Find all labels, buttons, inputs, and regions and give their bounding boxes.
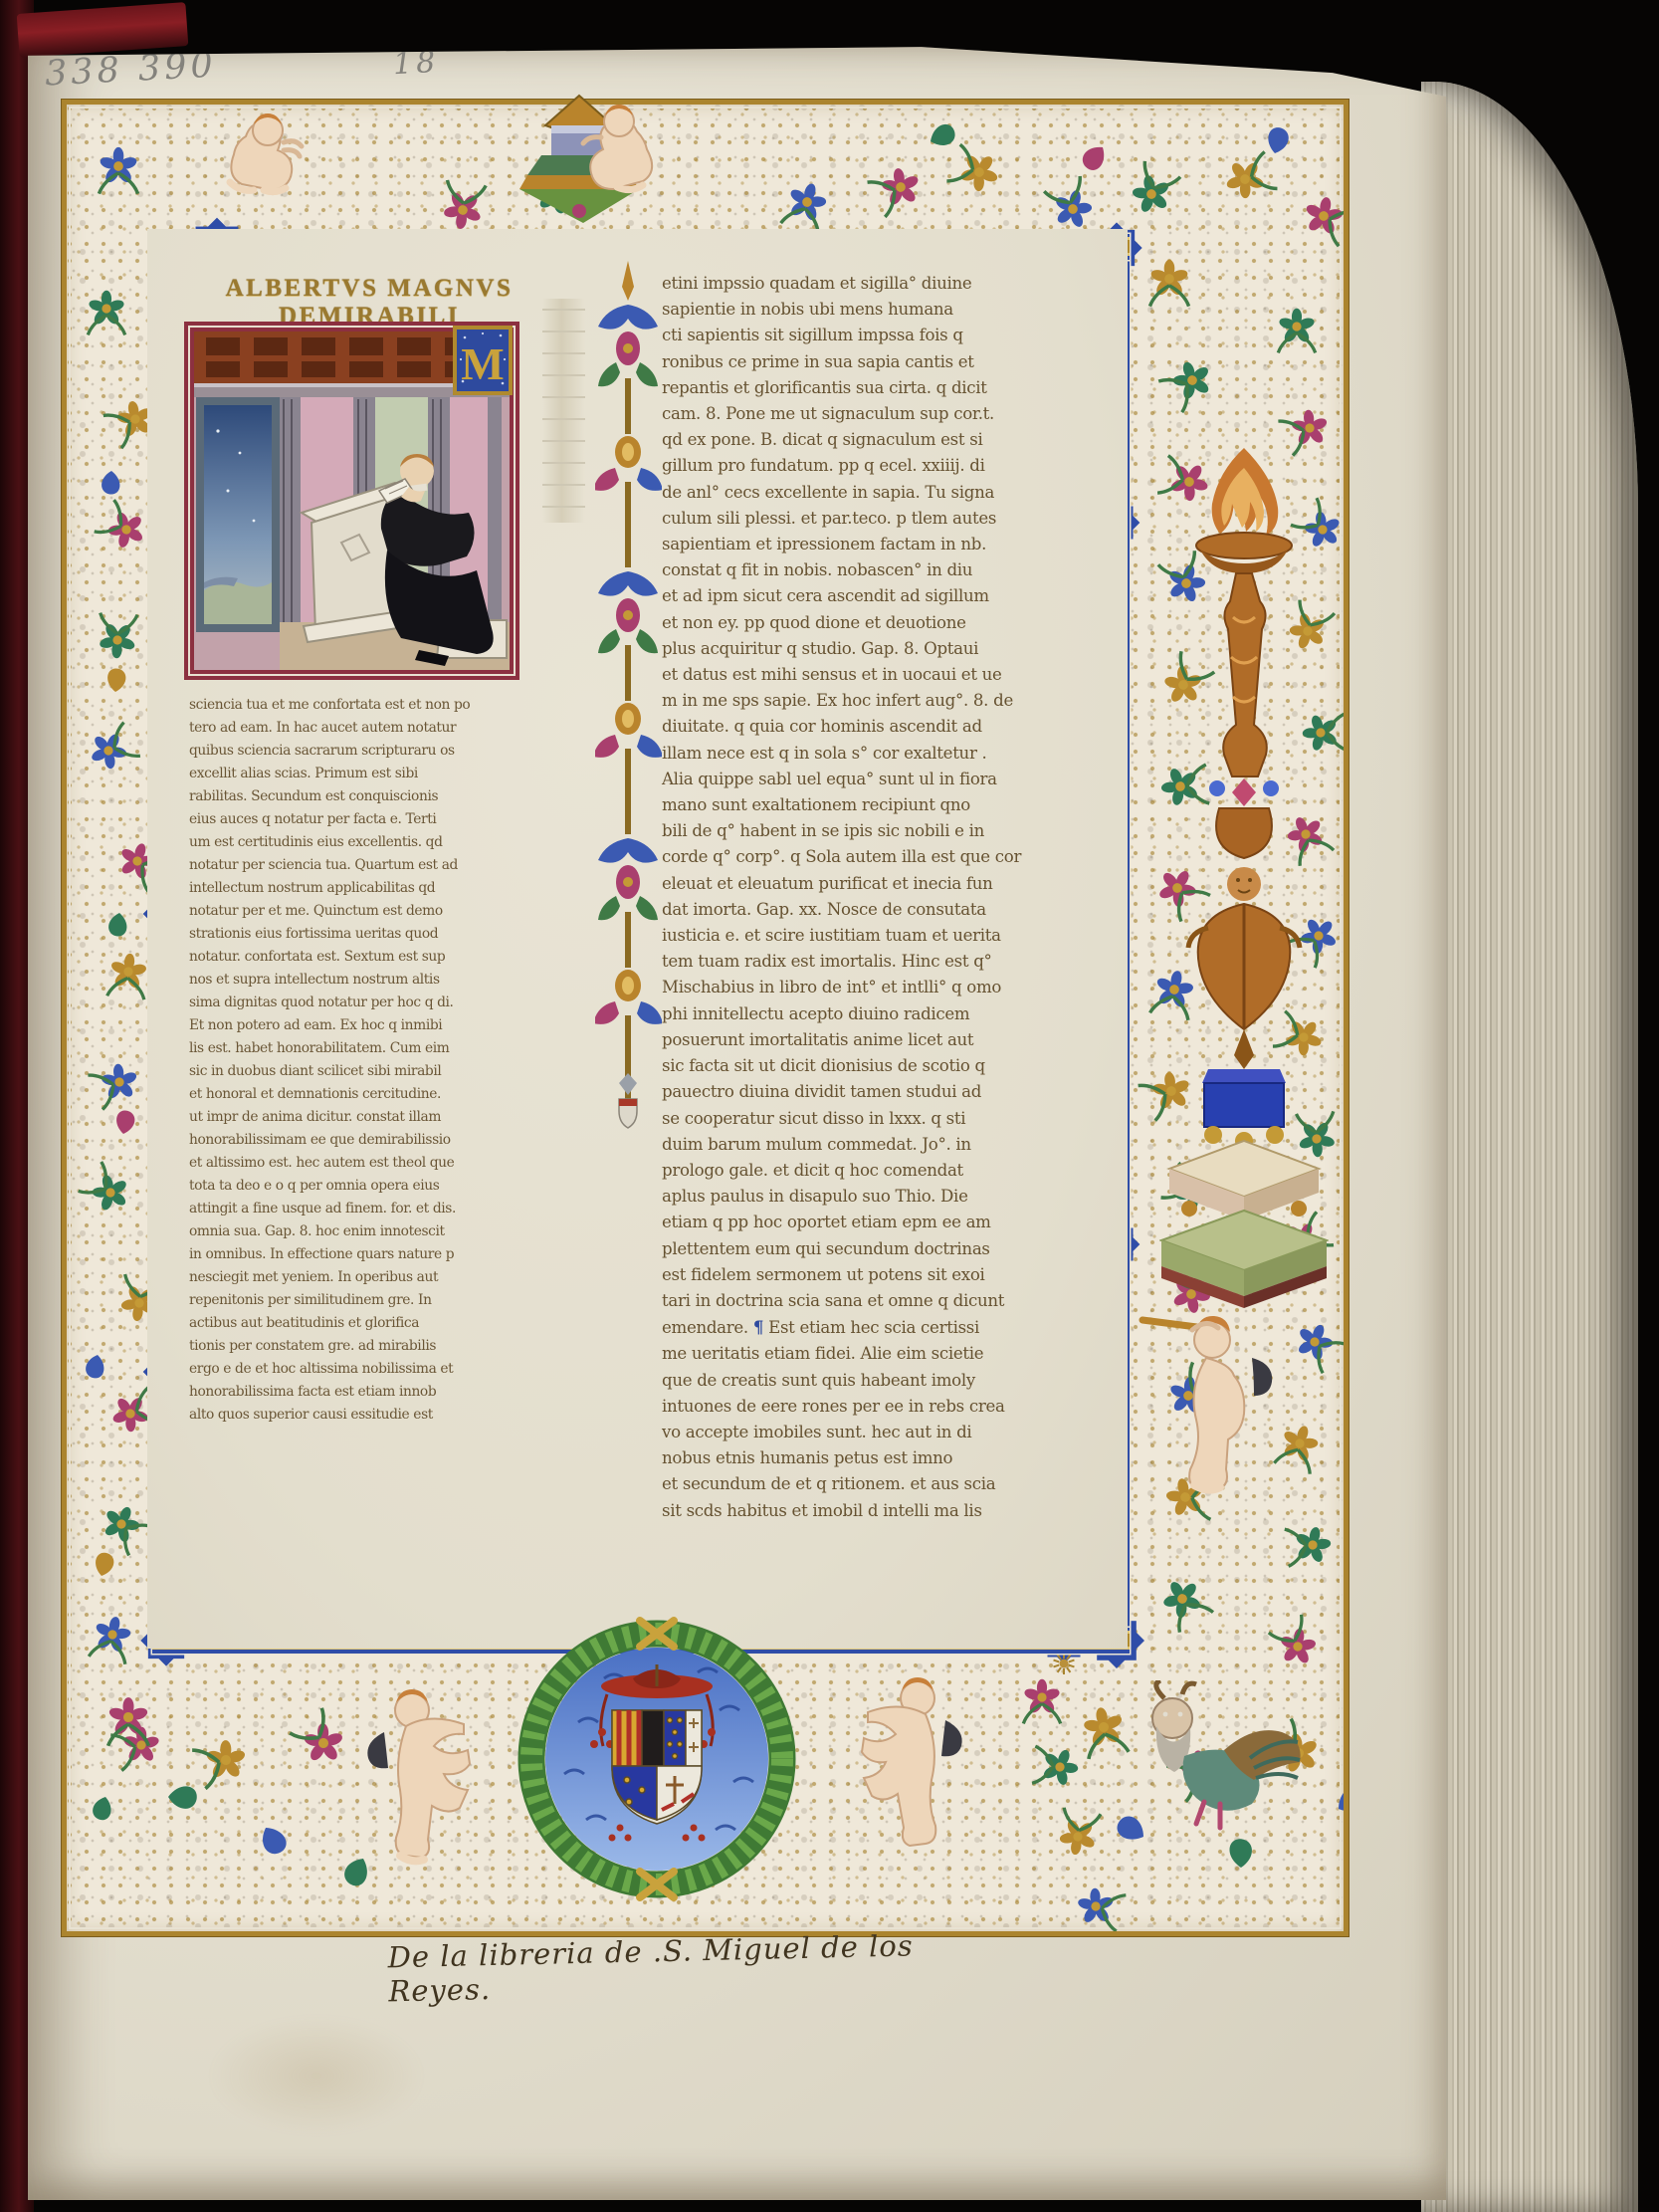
leaf-scroll-ornament <box>102 471 120 495</box>
flower-ornament <box>1289 1316 1344 1374</box>
flower-ornament <box>96 1498 154 1556</box>
manuscript-text-line: qd ex pone. B. dicat q signaculum est si <box>662 427 1100 453</box>
leaf-scroll-ornament <box>107 912 127 937</box>
manuscript-text-line: bili de q° habent in se ipis sic nobili … <box>662 818 1100 844</box>
book-photo: 338 390 18 7 ALBERTVS MAGNVS DEMIRABILI … <box>0 0 1659 2212</box>
leaf-scroll-ornament <box>106 668 126 692</box>
manuscript-text-line: gillum pro fundatum. pp q ecel. xxiiij. … <box>662 453 1100 479</box>
manuscript-text-line: um est certitudinis eius excellentis. qd <box>189 831 460 854</box>
putto-wreath-right <box>846 1670 965 1855</box>
manuscript-text-line: cam. 8. Pone me ut signaculum sup cor.t. <box>662 401 1100 427</box>
manuscript-text-line: se cooperatur sicut disso in lxxx. q sti <box>662 1106 1100 1132</box>
manuscript-text-line: etini impssio quadam et sigilla° diuine <box>662 271 1100 297</box>
flower-ornament <box>110 1722 164 1771</box>
flower-ornament <box>290 1708 352 1772</box>
manuscript-text-line: sapientiam et ipressionem factam in nb. <box>662 532 1100 557</box>
manuscript-text-line: nos et supra intellectum nostrum altis <box>189 969 460 992</box>
leaf-scroll-ornament <box>1079 141 1111 174</box>
ex-libris-inscription: De la libreria de .S. Miguel de los Reye… <box>387 1928 945 2009</box>
manuscript-text-line: aplus paulus in disapulo suo Thio. Die <box>662 1184 1100 1210</box>
manuscript-text-line: omnia sua. Gap. 8. hoc enim innotescit <box>189 1220 460 1243</box>
leaf-scroll-ornament <box>1229 1839 1253 1869</box>
parchment-stain <box>207 2016 426 2135</box>
flower-ornament <box>1278 309 1316 353</box>
text-column-right: etini impssio quadam et sigilla° diuines… <box>662 271 1100 1524</box>
leaf-scroll-ornament <box>256 1822 290 1858</box>
flower-ornament <box>106 952 148 999</box>
manuscript-text-line: sit scds habitus et imobil d intelli ma … <box>662 1498 1100 1524</box>
faded-filigree-ornament <box>542 299 585 523</box>
flower-ornament <box>1032 1746 1080 1788</box>
manuscript-text-line: sapientie in nobis ubi mens humana <box>662 297 1100 323</box>
manuscript-text-line: tem tuam radix est imortalis. Hinc est q… <box>662 949 1100 975</box>
leaf-scroll-ornament <box>168 1786 197 1808</box>
manuscript-text-line: repenitonis per similitudinem gre. In <box>189 1289 460 1312</box>
manuscript-text-line: sic facta sit ut dicit dionisius de scot… <box>662 1053 1100 1079</box>
leaf-scroll-ornament <box>1266 125 1291 155</box>
manuscript-text-line: et honoral et demnationis cercitudine. <box>189 1083 460 1106</box>
manuscript-text-line: dat imorta. Gap. xx. Nosce de consutata <box>662 897 1100 923</box>
manuscript-text-line: pauectro diuina dividit tamen studui ad <box>662 1079 1100 1105</box>
manuscript-text-line: notatur per sciencia tua. Quartum est ad <box>189 854 460 877</box>
flower-ornament <box>1149 260 1189 307</box>
flower-ornament <box>79 1162 137 1218</box>
laurel-wreath-medallion <box>513 1615 801 1903</box>
sunburst-ornament <box>1054 1653 1075 1674</box>
manuscript-text-line: rabilitas. Secundum est conquiscionis <box>189 785 460 808</box>
manuscript-text-line: plettentem eum qui secundum doctrinas <box>662 1236 1100 1262</box>
manuscript-text-line: de anl° cecs excellente in sapia. Tu sig… <box>662 480 1100 506</box>
manuscript-text-line: prologo gale. et dicit q hoc comendat <box>662 1158 1100 1184</box>
manuscript-text-line: nobus etnis humanis petus est imno <box>662 1445 1100 1471</box>
manuscript-text-line: honorabilissimam ee que demirabilissio <box>189 1129 460 1152</box>
leaf-scroll-ornament <box>114 1110 135 1136</box>
manuscript-text-line: emendare. ¶ Est etiam hec scia certissi <box>662 1314 1100 1341</box>
manuscript-text-line: et non ey. pp quod dione et deuotione <box>662 610 1100 636</box>
flower-ornament <box>107 1697 148 1746</box>
putto-wreath-left <box>366 1680 486 1875</box>
flower-ornament <box>1056 1808 1101 1859</box>
manuscript-text-line: quibus sciencia sacrarum scripturaru os <box>189 740 460 763</box>
flower-ornament <box>1073 1883 1126 1931</box>
svg-text:M: M <box>461 338 504 389</box>
flower-ornament <box>89 1613 134 1664</box>
manuscript-text-line: ronibus ce prime in sua sapia cantis et <box>662 349 1100 375</box>
flower-ornament <box>1126 161 1180 220</box>
flower-ornament <box>441 180 487 232</box>
leaf-scroll-ornament <box>1333 1784 1344 1819</box>
flower-ornament <box>867 161 927 217</box>
putto-top-left <box>204 105 313 199</box>
manuscript-text-line: culum sili plessi. et par.teco. p tlem a… <box>662 506 1100 532</box>
leaf-scroll-ornament <box>91 1795 113 1822</box>
book-binding-top <box>17 2 189 58</box>
manuscript-text-line: plus acquiritur q studio. Gap. 8. Optaui <box>662 636 1100 662</box>
flower-ornament <box>946 144 1003 197</box>
grotesque-bird-figure <box>1105 1680 1324 1840</box>
page-edges-stack <box>1421 82 1638 2212</box>
manuscript-text-line: etiam q pp hoc oportet etiam epm ee am <box>662 1210 1100 1235</box>
manuscript-text-line: tota ta deo e o q per omnia opera eius <box>189 1175 460 1198</box>
initial-M-panel: M <box>453 326 513 395</box>
flower-ornament <box>780 178 831 234</box>
manuscript-text-line: Et non potero ad eam. Ex hoc q inmibi <box>189 1014 460 1037</box>
flower-ornament <box>1285 1524 1333 1566</box>
manuscript-text-line: eleuat et eleuatum purificat et inecia f… <box>662 871 1100 897</box>
manuscript-text-line: nesciegit met yeniem. In operibus aut <box>189 1266 460 1289</box>
pilcrow-mark: ¶ <box>753 1317 763 1337</box>
text-block: ALBERTVS MAGNVS DEMIRABILI SCIA DEI · <box>147 229 1128 1649</box>
manuscript-text-line: et datus est mihi sensus et in uocaui et… <box>662 662 1100 688</box>
flower-ornament <box>95 500 152 555</box>
manuscript-text-line: sic in duobus diant scilicet sibi mirabi… <box>189 1060 460 1083</box>
manuscript-text-line: intellectum nostrum applicabilitas qd <box>189 877 460 900</box>
column-divider-ornament <box>595 261 662 1135</box>
leaf-scroll-ornament <box>94 1551 115 1578</box>
text-column-left: sciencia tua et me confortata est et non… <box>189 694 460 1427</box>
manuscript-text-line: Alia quippe sabl uel equa° sunt ul in fi… <box>662 767 1100 792</box>
manuscript-text-line: notatur. confortata est. Sextum est sup <box>189 946 460 969</box>
flower-ornament <box>1269 1615 1324 1671</box>
manuscript-text-line: attingit a fine usque ad finem. for. et … <box>189 1198 460 1220</box>
manuscript-text-line: me ueritatis etiam fidei. Alie eim sciet… <box>662 1341 1100 1367</box>
manuscript-text-line: tionis per constatem gre. ad mirabilis <box>189 1335 460 1358</box>
manuscript-text-line: m in me sps sapie. Ex hoc infert aug°. 8… <box>662 688 1100 714</box>
flower-ornament <box>84 722 140 775</box>
flower-ornament <box>1298 190 1344 247</box>
pencil-folio-number: 18 <box>392 45 440 82</box>
manuscript-text-line: corde q° corp°. q Sola autem illa est qu… <box>662 844 1100 870</box>
flower-ornament <box>1023 1679 1061 1724</box>
flower-ornament <box>1044 176 1099 234</box>
manuscript-page: 338 390 18 7 ALBERTVS MAGNVS DEMIRABILI … <box>28 45 1446 2200</box>
putto-top-right <box>577 98 682 197</box>
leaf-scroll-ornament <box>927 121 959 151</box>
manuscript-text-line: tero ad eam. In hac aucet autem notatur <box>189 717 460 740</box>
manuscript-text-line: phi innitellectu acepto diuino radicem <box>662 1001 1100 1027</box>
flower-ornament <box>1221 151 1278 204</box>
manuscript-text-line: que de creatis sunt quis habeant imoly <box>662 1368 1100 1394</box>
manuscript-text-line: est fidelem sermonem ut potens sit exoi <box>662 1262 1100 1288</box>
manuscript-text-line: iusticia e. et scire iustitiam tuam et u… <box>662 923 1100 949</box>
manuscript-text-line: ergo e de et hoc altissima nobilissima e… <box>189 1358 460 1381</box>
manuscript-text-line: posuerunt imortalitatis anime licet aut <box>662 1027 1100 1053</box>
manuscript-text-line: actibus aut beatitudinis et glorifica <box>189 1312 460 1335</box>
flower-ornament <box>192 1734 252 1789</box>
manuscript-text-line: et ad ipm sicut cera ascendit ad sigillu… <box>662 583 1100 609</box>
manuscript-text-line: Mischabius in libro de int° et intlli° q… <box>662 975 1100 1000</box>
manuscript-text-line: eius auces q notatur per facta e. Terti <box>189 808 460 831</box>
manuscript-text-line: ut impr de anima dicitur. constat illam <box>189 1106 460 1129</box>
manuscript-text-line: et secundum de et q ritionem. et aus sci… <box>662 1471 1100 1497</box>
flower-ornament <box>88 1057 143 1109</box>
manuscript-text-line: notatur per et me. Quinctum est demo <box>189 900 460 923</box>
manuscript-text-line: duim barum mulum commedat. Jo°. in <box>662 1132 1100 1158</box>
manuscript-text-line: mano sunt exaltationem recipiunt qno <box>662 792 1100 818</box>
miniature-albertus-writing: M <box>184 322 519 680</box>
manuscript-text-line: strationis eius fortissima ueritas quod <box>189 923 460 946</box>
manuscript-text-line: repantis et glorificantis sua cirta. q d… <box>662 375 1100 401</box>
manuscript-text-line: cti sapientis sit sigillum impssa fois q <box>662 323 1100 348</box>
manuscript-text-line: alto quos superior causi essitudie est <box>189 1404 460 1427</box>
manuscript-text-line: lis est. habet honorabilitatem. Cum eim <box>189 1037 460 1060</box>
manuscript-text-line: sciencia tua et me confortata est et non… <box>189 694 460 717</box>
manuscript-text-line: constat q fit in nobis. nobascen° in diu <box>662 557 1100 583</box>
manuscript-text-line: et altissimo est. hec autem est theol qu… <box>189 1152 460 1175</box>
leaf-scroll-ornament <box>85 1353 106 1379</box>
manuscript-text-line: illam nece est q in sola s° cor exaltetu… <box>662 741 1100 767</box>
candelabrum-torch-ornament <box>1159 438 1329 1324</box>
flower-ornament <box>99 147 138 194</box>
flower-ornament <box>1155 1572 1213 1632</box>
flower-ornament <box>1158 353 1219 413</box>
manuscript-text-line: in omnibus. In effectione quars nature p <box>189 1243 460 1266</box>
manuscript-text-line: vo accepte imobiles sunt. hec aut in di <box>662 1420 1100 1445</box>
manuscript-text-line: honorabilissima facta est etiam innob <box>189 1381 460 1404</box>
flower-ornament <box>88 291 125 335</box>
manuscript-text-line: excellit alias scias. Primum est sibi <box>189 763 460 785</box>
manuscript-text-line: diuitate. q quia cor hominis ascendit ad <box>662 714 1100 740</box>
flower-ornament <box>98 613 137 660</box>
manuscript-text-line: intuones de eere rones per ee in rebs cr… <box>662 1394 1100 1420</box>
manuscript-text-line: tari in doctrina scia sana et omne q dic… <box>662 1288 1100 1314</box>
manuscript-text-line: sima dignitas quod notatur per hoc q di. <box>189 992 460 1014</box>
